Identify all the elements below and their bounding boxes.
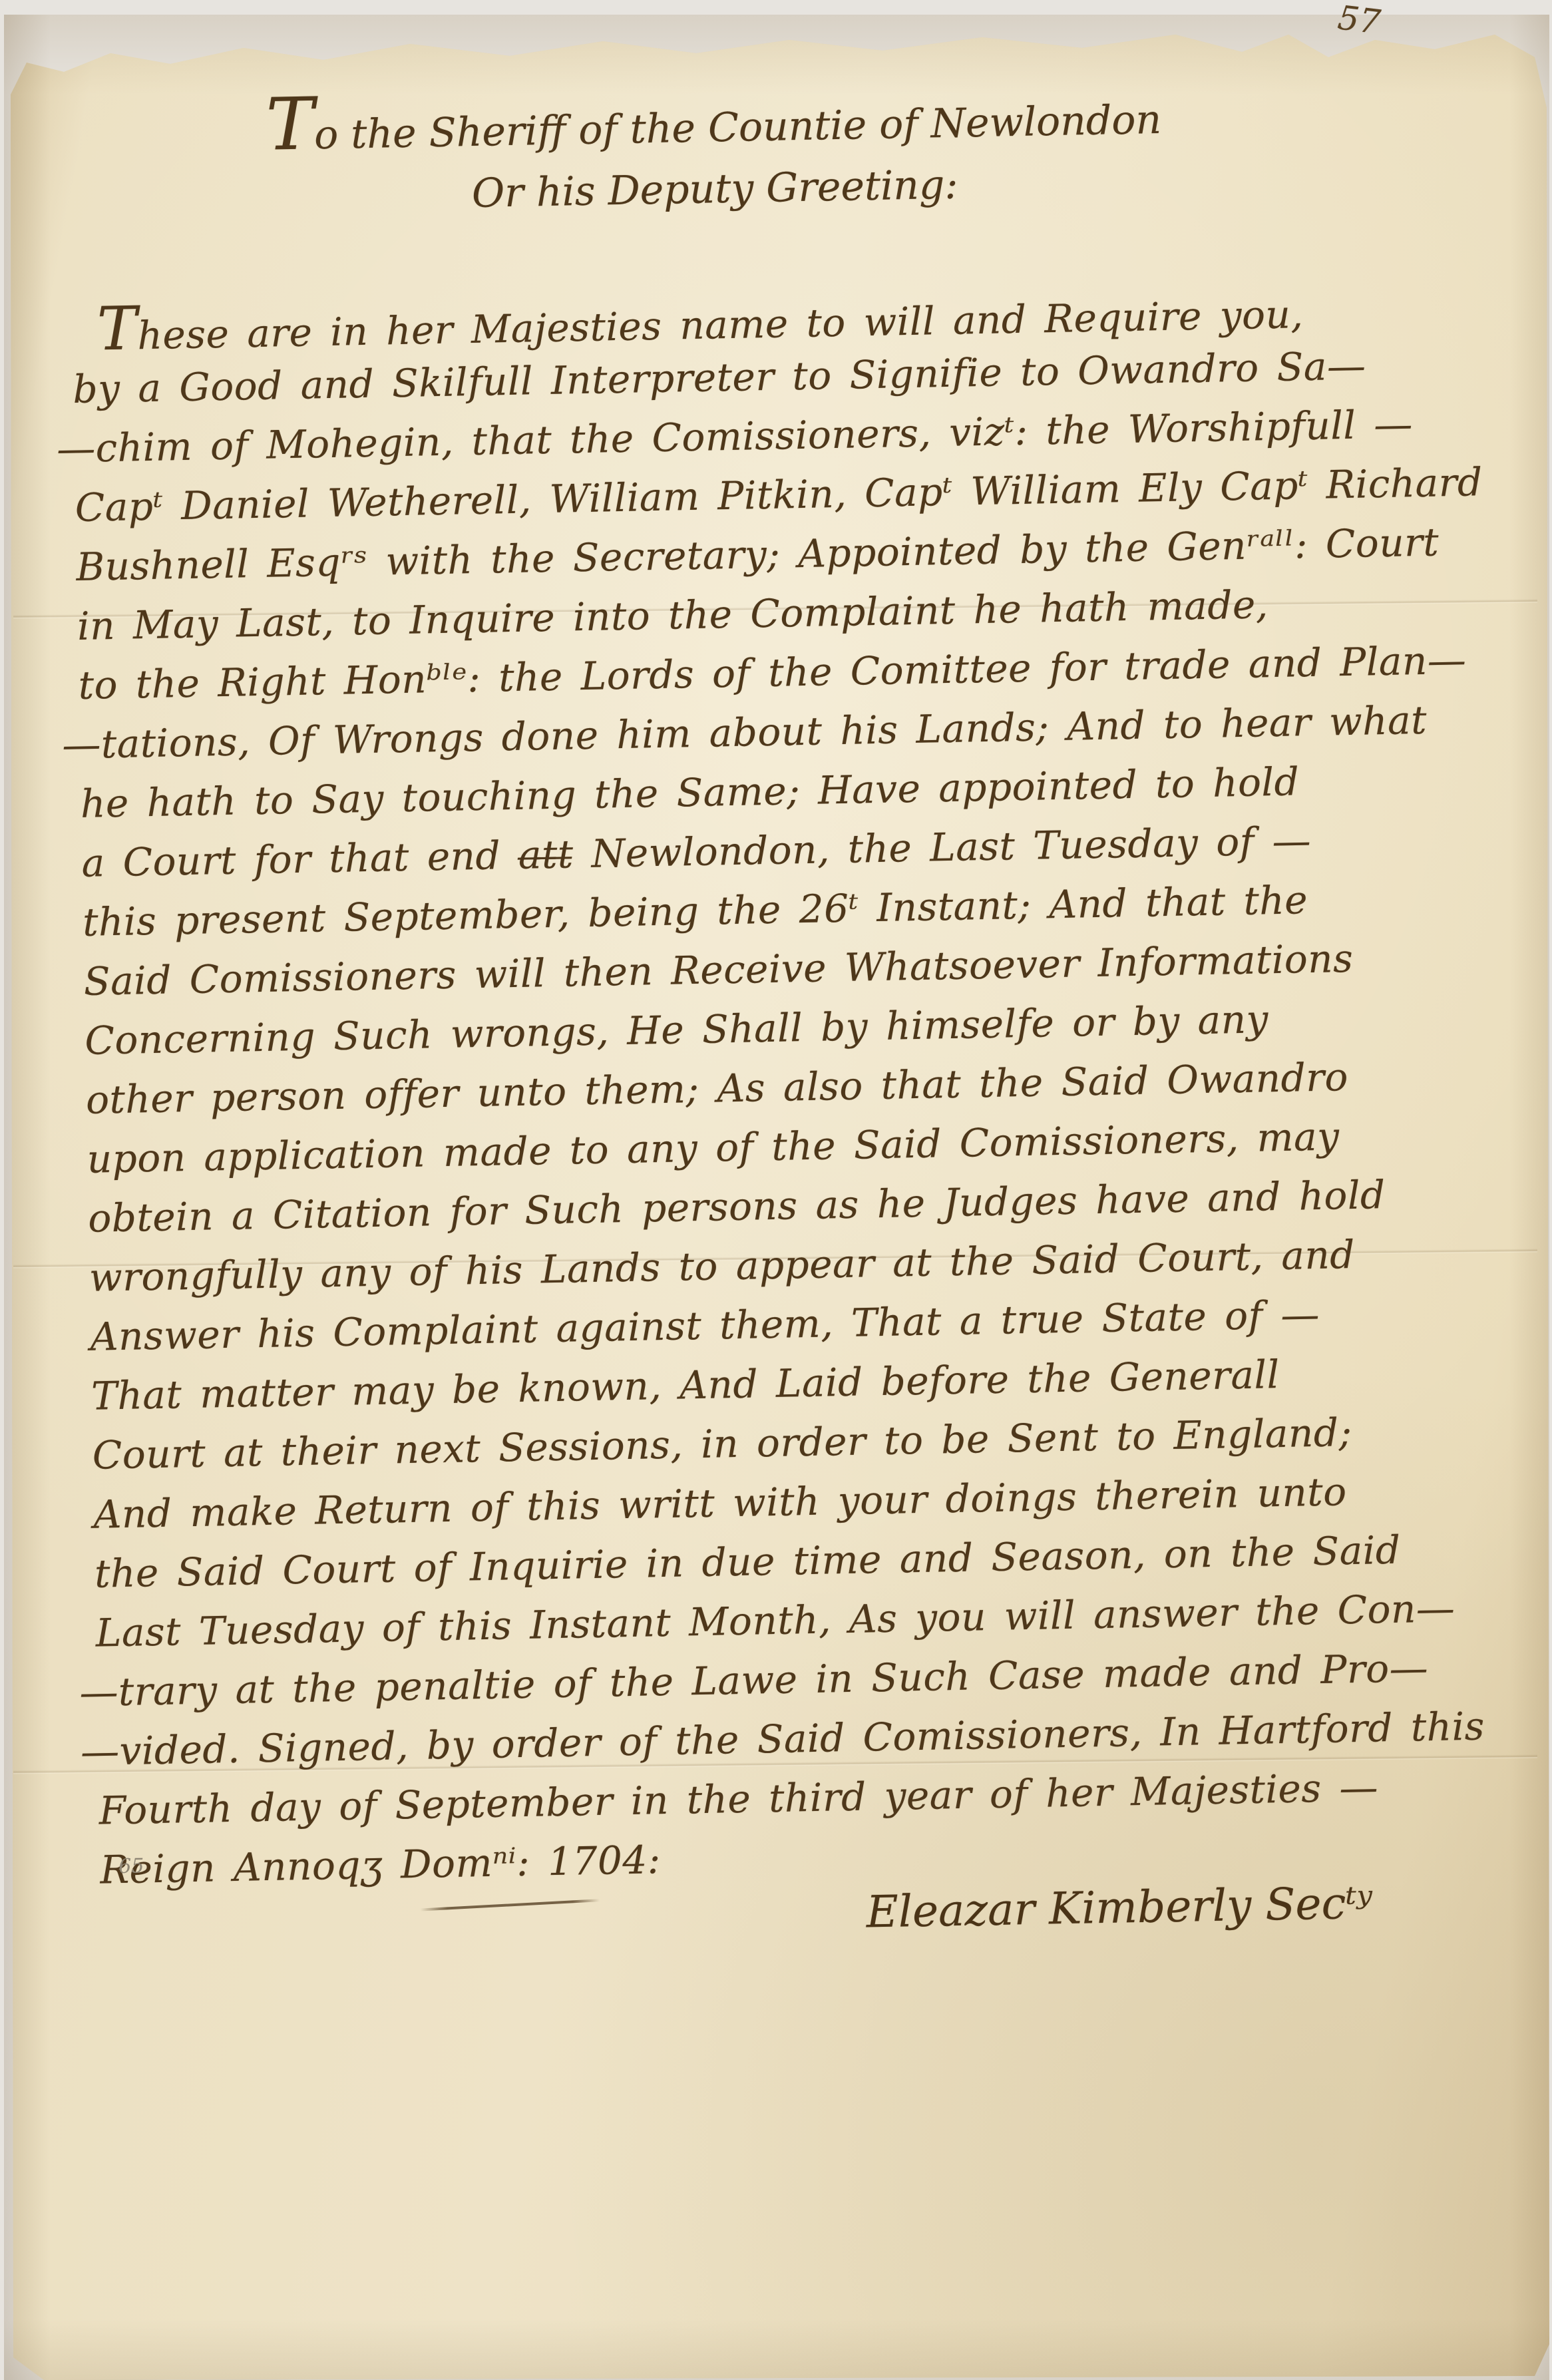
pencil-annotation: 65: [118, 1854, 144, 1878]
page-number: 57: [1336, 0, 1473, 53]
manuscript-body: These are in her Majesties name to will …: [71, 274, 1538, 1899]
ink-layer: 57 To the Sheriff of the Countie of Newl…: [0, 0, 1552, 2380]
document-heading: To the Sheriff of the Countie of Newlond…: [95, 75, 1334, 231]
scanned-document: 57 To the Sheriff of the Countie of Newl…: [0, 0, 1552, 2380]
underline-flourish: [420, 1899, 600, 1911]
